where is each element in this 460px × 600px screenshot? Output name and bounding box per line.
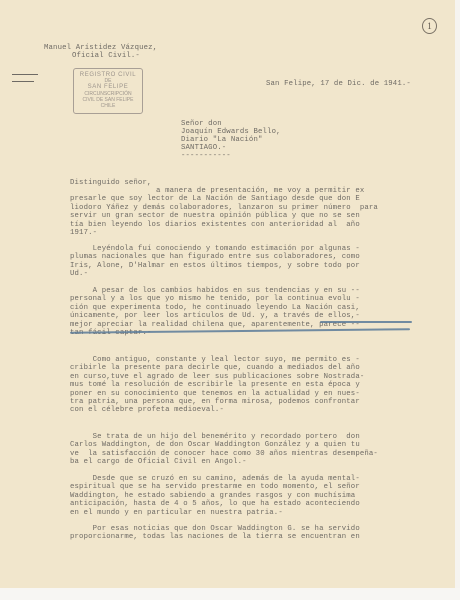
text-line: en curso,tuve el agrado de leer sus publ…: [70, 373, 364, 381]
text-line: en el mundo y en particular en nuestra p…: [70, 509, 283, 517]
text-line: plumas nacionales que han figurado entre…: [70, 253, 360, 261]
text-line: tía bien leyendo los diarios existentes …: [70, 221, 360, 229]
text-line: mus tomé la resolución de escribirle la …: [70, 381, 360, 389]
margin-marks: [12, 74, 38, 88]
text-line: Iris, Alone, D'Halmar en estos últimos t…: [70, 262, 360, 270]
text-line: únicamente, por leer los artículos de Ud…: [70, 312, 360, 320]
text-line: con el célebre profeta medioeval.-: [70, 406, 224, 414]
text-line: 1917.-: [70, 229, 97, 237]
text-line: a manera de presentación, me voy a permi…: [70, 187, 364, 195]
text-line: anticipación, hasta de 4 o 5 años, lo qu…: [70, 500, 360, 508]
text-line: Ud.-: [70, 270, 88, 278]
page-bottom-margin: [0, 588, 460, 600]
text-line: ba el cargo de Oficial Civil en Angol.-: [70, 458, 247, 466]
text-line: proporcionarme, todas las naciones de la…: [70, 533, 360, 541]
text-line: personal y a los que yo mismo he tenido,…: [70, 295, 360, 303]
sender-title: Oficial Civil.-: [72, 52, 140, 60]
text-line: Desde que se cruzó en su camino, además …: [70, 475, 360, 483]
text-line: tra patria, una persona que, en forma mi…: [70, 398, 360, 406]
text-line: presarle que soy lector de La Nación de …: [70, 195, 360, 203]
stamp-line: CIRCUNSCRIPCIÓN: [74, 91, 142, 97]
text-line: Como antiguo, constante y leal lector su…: [70, 356, 360, 364]
text-line: ción que experimenta todo, he continuado…: [70, 304, 360, 312]
text-line: liodoro Yáñez y demás colaboradores, lan…: [70, 204, 378, 212]
text-line: Por esas noticias que don Oscar Waddingt…: [70, 525, 360, 533]
text-line: servir un gran sector de nuestra opinión…: [70, 212, 360, 220]
page-number: 1: [422, 18, 437, 34]
registry-stamp: REGISTRO CIVIL DE SAN FELIPE CIRCUNSCRIP…: [73, 68, 143, 114]
pencil-underline: [320, 321, 412, 323]
text-line: Se trata de un hijo del benemérito y rec…: [70, 433, 360, 441]
text-line: Carlos Waddington, de don Oscar Waddingt…: [70, 441, 360, 449]
text-line: Leyéndola fuí conociendo y tomando estim…: [70, 245, 360, 253]
text-line: cribirle la presente para decirle que, c…: [70, 364, 360, 372]
text-line: ve la satisfacción de conocer hace como …: [70, 450, 378, 458]
text-line: Waddington, he estado sabiendo a grandes…: [70, 492, 355, 500]
date-line: San Felipe, 17 de Dic. de 1941.-: [266, 80, 411, 88]
text-line: A pesar de los cambios habidos en sus te…: [70, 287, 360, 295]
recipient-separator: -----------: [181, 152, 231, 160]
page-edge: [455, 0, 460, 600]
text-line: poner en su conocimiento que tenemos en …: [70, 390, 360, 398]
stamp-line: CHILE: [74, 103, 142, 109]
text-line: mejor apreciar la realidad chilena que, …: [70, 321, 360, 329]
text-line: espiritual que se ha servido prestarme e…: [70, 483, 360, 491]
